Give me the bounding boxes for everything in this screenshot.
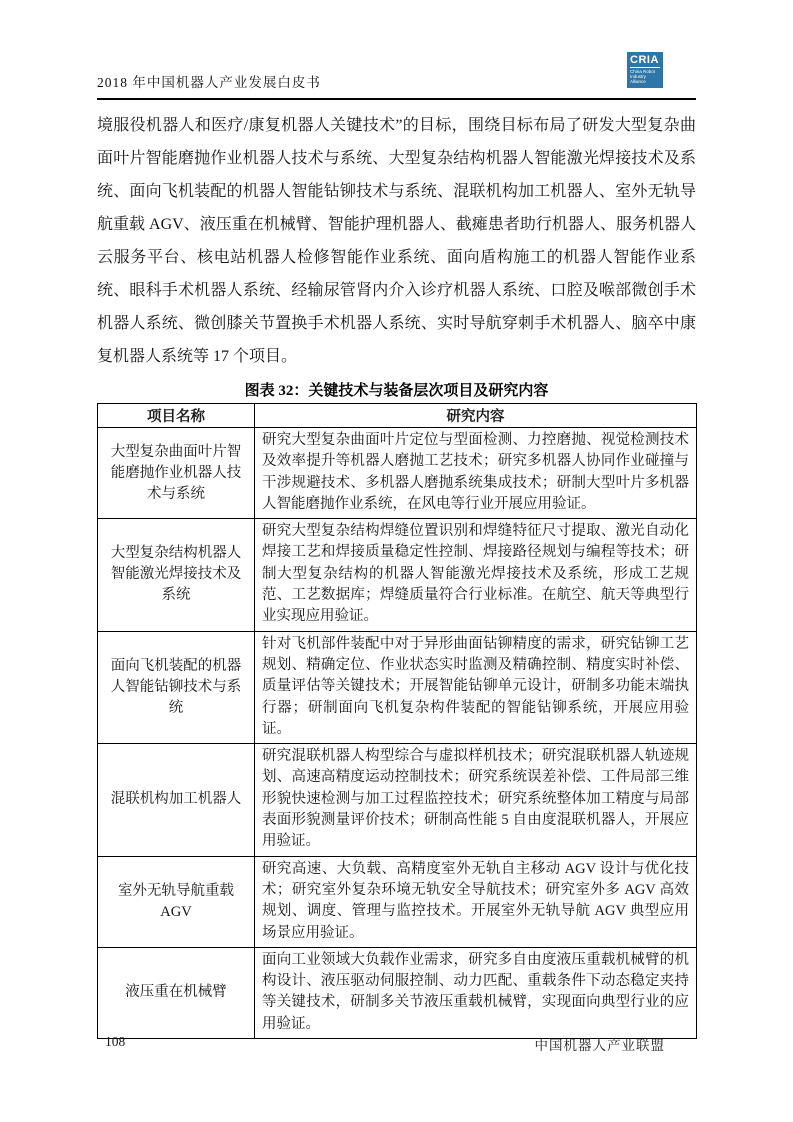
column-header-project-name: 项目名称 [98,404,255,428]
document-title: 2018 年中国机器人产业发展白皮书 [97,71,321,91]
projects-table: 项目名称 研究内容 大型复杂曲面叶片智能磨抛作业机器人技术与系统 研究大型复杂曲… [97,403,697,1039]
table-row: 室外无轨导航重载 AGV 研究高速、大负载、高精度室外无轨自主移动 AGV 设计… [98,856,697,947]
research-content-cell: 针对飞机部件装配中对于异形曲面钻铆精度的需求，研究钻铆工艺规划、精确定位、作业状… [255,631,697,743]
table-row: 液压重在机械臂 面向工业领域大负载作业需求，研究多自由度液压重载机械臂的机构设计… [98,947,697,1038]
project-name-cell: 大型复杂结构机器人智能激光焊接技术及系统 [98,519,255,631]
page-number: 108 [105,1034,125,1050]
cria-logo-subtext: China Robot Industry Alliance [630,69,660,84]
project-name-cell: 面向飞机装配的机器人智能钻铆技术与系统 [98,631,255,743]
cria-logo: CRIA China Robot Industry Alliance [627,52,663,88]
page-header: 2018 年中国机器人产业发展白皮书 CRIA China Robot Indu… [97,0,696,100]
table-row: 混联机构加工机器人 研究混联机器人构型综合与虚拟样机技术；研究混联机器人轨迹规划… [98,744,697,856]
table-title: 图表 32：关键技术与装备层次项目及研究内容 [97,380,696,402]
research-content-cell: 研究高速、大负载、高精度室外无轨自主移动 AGV 设计与优化技术；研究室外复杂环… [255,856,697,947]
cria-logo-acronym: CRIA [630,54,660,68]
column-header-research-content: 研究内容 [255,404,697,428]
table-row: 大型复杂结构机器人智能激光焊接技术及系统 研究大型复杂结构焊缝位置识别和焊缝特征… [98,519,697,631]
research-content-cell: 研究大型复杂结构焊缝位置识别和焊缝特征尺寸提取、激光自动化焊接工艺和焊接质量稳定… [255,519,697,631]
project-name-cell: 室外无轨导航重载 AGV [98,856,255,947]
research-content-cell: 面向工业领域大负载作业需求，研究多自由度液压重载机械臂的机构设计、液压驱动伺服控… [255,947,697,1038]
body-paragraph: 境服役机器人和医疗/康复机器人关键技术”的目标，围绕目标布局了研发大型复杂曲面叶… [97,109,696,373]
project-name-cell: 液压重在机械臂 [98,947,255,1038]
research-content-cell: 研究大型复杂曲面叶片定位与型面检测、力控磨抛、视觉检测技术及效率提升等机器人磨抛… [255,428,697,519]
footer-organization: 中国机器人产业联盟 [535,1034,666,1054]
table-row: 面向飞机装配的机器人智能钻铆技术与系统 针对飞机部件装配中对于异形曲面钻铆精度的… [98,631,697,743]
table-row: 大型复杂曲面叶片智能磨抛作业机器人技术与系统 研究大型复杂曲面叶片定位与型面检测… [98,428,697,519]
research-content-cell: 研究混联机器人构型综合与虚拟样机技术；研究混联机器人轨迹规划、高速高精度运动控制… [255,744,697,856]
project-name-cell: 大型复杂曲面叶片智能磨抛作业机器人技术与系统 [98,428,255,519]
table-header-row: 项目名称 研究内容 [98,404,697,428]
page-footer: 108 中国机器人产业联盟 [0,1034,793,1054]
project-name-cell: 混联机构加工机器人 [98,744,255,856]
document-page: 2018 年中国机器人产业发展白皮书 CRIA China Robot Indu… [0,0,793,1122]
